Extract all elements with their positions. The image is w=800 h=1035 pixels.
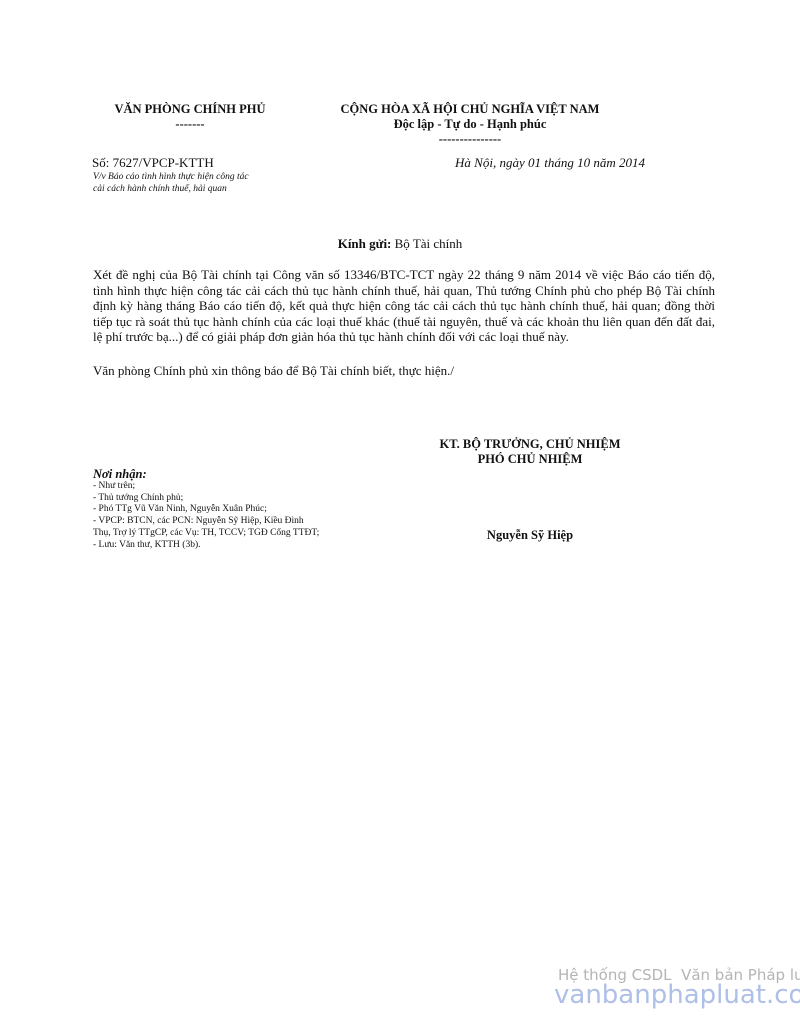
body-paragraph: Xét đề nghị của Bộ Tài chính tại Công vă… — [93, 267, 715, 345]
salutation-recipient: Bộ Tài chính — [395, 236, 463, 251]
date-line: Hà Nội, ngày 01 tháng 10 năm 2014 — [430, 155, 645, 171]
document-subject: V/v Báo cáo tình hình thực hiện công tác… — [93, 171, 293, 195]
nation-name: CỘNG HÒA XÃ HỘI CHỦ NGHĨA VIỆT NAM — [300, 102, 640, 117]
signature-title-line-2: PHÓ CHỦ NHIỆM — [400, 452, 660, 467]
recipients-block: Nơi nhận: - Như trên; - Thủ tướng Chính … — [93, 467, 323, 551]
body-paragraph: Văn phòng Chính phủ xin thông báo để Bộ … — [93, 363, 715, 379]
recipients-heading: Nơi nhận: — [93, 467, 323, 481]
signature-title-line-1: KT. BỘ TRƯỞNG, CHỦ NHIỆM — [400, 437, 660, 452]
recipient-item: - Như trên; — [93, 481, 323, 493]
subject-line-1: V/v Báo cáo tình hình thực hiện công tác — [93, 171, 293, 183]
watermark-site-name: vanbanphapluat.co — [554, 980, 800, 1010]
national-motto: Độc lập - Tự do - Hạnh phúc — [300, 117, 640, 132]
signature-title-block: KT. BỘ TRƯỞNG, CHỦ NHIỆM PHÓ CHỦ NHIỆM — [400, 437, 660, 466]
agency-name: VĂN PHÒNG CHÍNH PHỦ — [90, 102, 290, 117]
recipient-item: - Thủ tướng Chính phủ; — [93, 493, 323, 505]
motto-divider: --------------- — [300, 132, 640, 147]
document-body: Xét đề nghị của Bộ Tài chính tại Công vă… — [93, 267, 715, 379]
recipient-item: - Lưu: Văn thư, KTTH (3b). — [93, 540, 323, 552]
recipient-item: - Phó TTg Vũ Văn Ninh, Nguyễn Xuân Phúc; — [93, 504, 323, 516]
salutation-label: Kính gửi: — [338, 236, 392, 251]
subject-line-2: cải cách hành chính thuế, hải quan — [93, 183, 293, 195]
recipient-item: - VPCP: BTCN, các PCN: Nguyễn Sỹ Hiệp, K… — [93, 516, 323, 539]
agency-divider: ------- — [90, 117, 290, 132]
issuing-agency-block: VĂN PHÒNG CHÍNH PHỦ ------- — [90, 102, 290, 132]
signer-name: Nguyễn Sỹ Hiệp — [400, 528, 660, 543]
national-header-block: CỘNG HÒA XÃ HỘI CHỦ NGHĨA VIỆT NAM Độc l… — [300, 102, 640, 147]
salutation: Kính gửi: Bộ Tài chính — [0, 236, 800, 252]
document-number: Số: 7627/VPCP-KTTH — [92, 155, 214, 171]
